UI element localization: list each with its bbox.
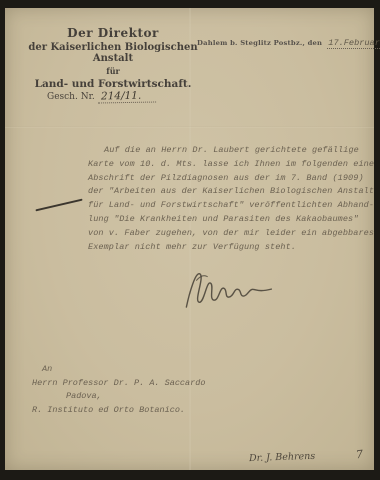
body-line: der "Arbeiten aus der Kaiserlichen Biolo… (88, 185, 372, 199)
letterhead-institution: der Kaiserlichen Biologischen Anstalt (23, 42, 203, 64)
address-recipient: Herrn Professor Dr. P. A. Saccardo (32, 377, 205, 391)
address-city: Padova, (32, 390, 205, 404)
scan-background: Der Direktor der Kaiserlichen Biologisch… (0, 0, 380, 480)
dateline-date: 17.Februar 1911. (327, 38, 380, 49)
body-line: lung "Die Krankheiten und Parasiten des … (88, 213, 372, 227)
letter-body: Auf die an Herrn Dr. Laubert gerichtete … (88, 144, 372, 254)
file-number-label: Gesch. Nr. (47, 92, 95, 102)
archive-mark: 7 (355, 448, 363, 462)
dateline-place: Dahlem b. Steglitz Postbz., den (197, 39, 322, 47)
handwritten-note: Dr. J. Behrens (249, 449, 369, 464)
address-institute: R. Instituto ed Orto Botanico. (32, 404, 205, 418)
letterhead-department: Land- und Forstwirtschaft. (23, 78, 203, 90)
body-line: Auf die an Herrn Dr. Laubert gerichtete … (88, 144, 372, 158)
body-line: für Land- und Forstwirtschaft" veröffent… (88, 199, 372, 213)
body-line: von v. Faber zugehen, von der mir leider… (88, 227, 372, 241)
address-salutation: An (32, 363, 205, 377)
letterhead-fuer: für (23, 66, 203, 76)
recipient-address: An Herrn Professor Dr. P. A. Saccardo Pa… (32, 363, 205, 417)
margin-pen-stroke (35, 199, 82, 212)
letterhead: Der Direktor der Kaiserlichen Biologisch… (23, 26, 203, 90)
file-number: Gesch. Nr. 214/11. (47, 90, 156, 103)
dateline: Dahlem b. Steglitz Postbz., den 17.Febru… (197, 30, 362, 49)
body-line: Abschrift der Pilzdiagnosen aus der im 7… (88, 172, 372, 186)
letter-paper: Der Direktor der Kaiserlichen Biologisch… (5, 8, 374, 470)
body-line: Exemplar nicht mehr zur Verfügung steht. (88, 241, 372, 255)
file-number-value: 214/11. (98, 89, 156, 103)
letterhead-title: Der Direktor (23, 26, 203, 40)
body-line: Karte vom 10. d. Mts. lasse ich Ihnen im… (88, 158, 372, 172)
horizontal-fold-line (5, 126, 374, 128)
director-signature (173, 254, 287, 318)
